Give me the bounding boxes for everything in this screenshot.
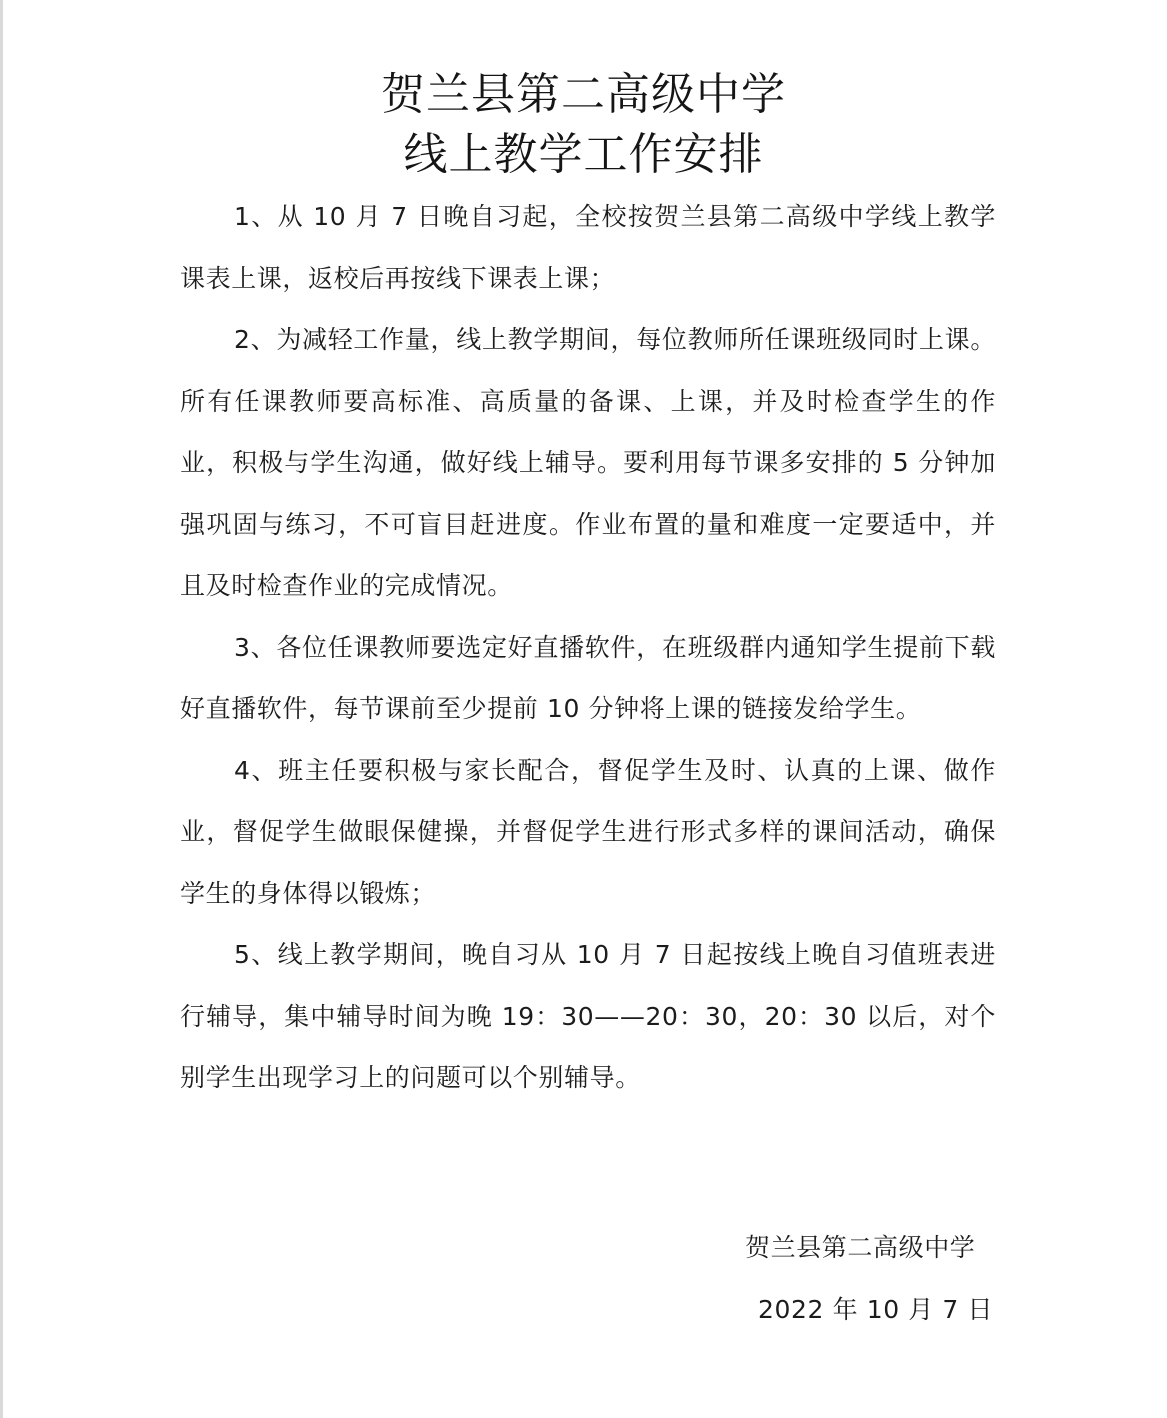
- document-title-subject: 线上教学工作安排: [0, 118, 1167, 182]
- paragraph-text: 4、班主任要积极与家长配合，督促学生及时、认真的上课、做作业，督促学生做眼保健操…: [180, 756, 996, 908]
- page-left-edge: [0, 0, 3, 1418]
- paragraph-text: 5、线上教学期间，晚自习从 10 月 7 日起按线上晚自习值班表进行辅导，集中辅…: [180, 940, 996, 1092]
- signature-organization: 贺兰县第二高级中学: [745, 1228, 975, 1264]
- paragraph-4: 4、班主任要积极与家长配合，督促学生及时、认真的上课、做作业，督促学生做眼保健操…: [180, 740, 996, 925]
- paragraph-1: 1、从 10 月 7 日晚自习起，全校按贺兰县第二高级中学线上教学课表上课，返校…: [180, 186, 996, 309]
- paragraph-text: 1、从 10 月 7 日晚自习起，全校按贺兰县第二高级中学线上教学课表上课，返校…: [180, 202, 996, 293]
- paragraph-text: 2、为减轻工作量，线上教学期间，每位教师所任课班级同时上课。所有任课教师要高标准…: [180, 325, 996, 600]
- paragraph-5: 5、线上教学期间，晚自习从 10 月 7 日起按线上晚自习值班表进行辅导，集中辅…: [180, 924, 996, 1109]
- paragraph-3: 3、各位任课教师要选定好直播软件，在班级群内通知学生提前下载好直播软件，每节课前…: [180, 617, 996, 740]
- signature-date: 2022 年 10 月 7 日: [758, 1290, 993, 1326]
- document-body: 1、从 10 月 7 日晚自习起，全校按贺兰县第二高级中学线上教学课表上课，返校…: [180, 186, 996, 1109]
- paragraph-2: 2、为减轻工作量，线上教学期间，每位教师所任课班级同时上课。所有任课教师要高标准…: [180, 309, 996, 617]
- paragraph-text: 3、各位任课教师要选定好直播软件，在班级群内通知学生提前下载好直播软件，每节课前…: [180, 633, 996, 724]
- document-title-school: 贺兰县第二高级中学: [0, 58, 1167, 122]
